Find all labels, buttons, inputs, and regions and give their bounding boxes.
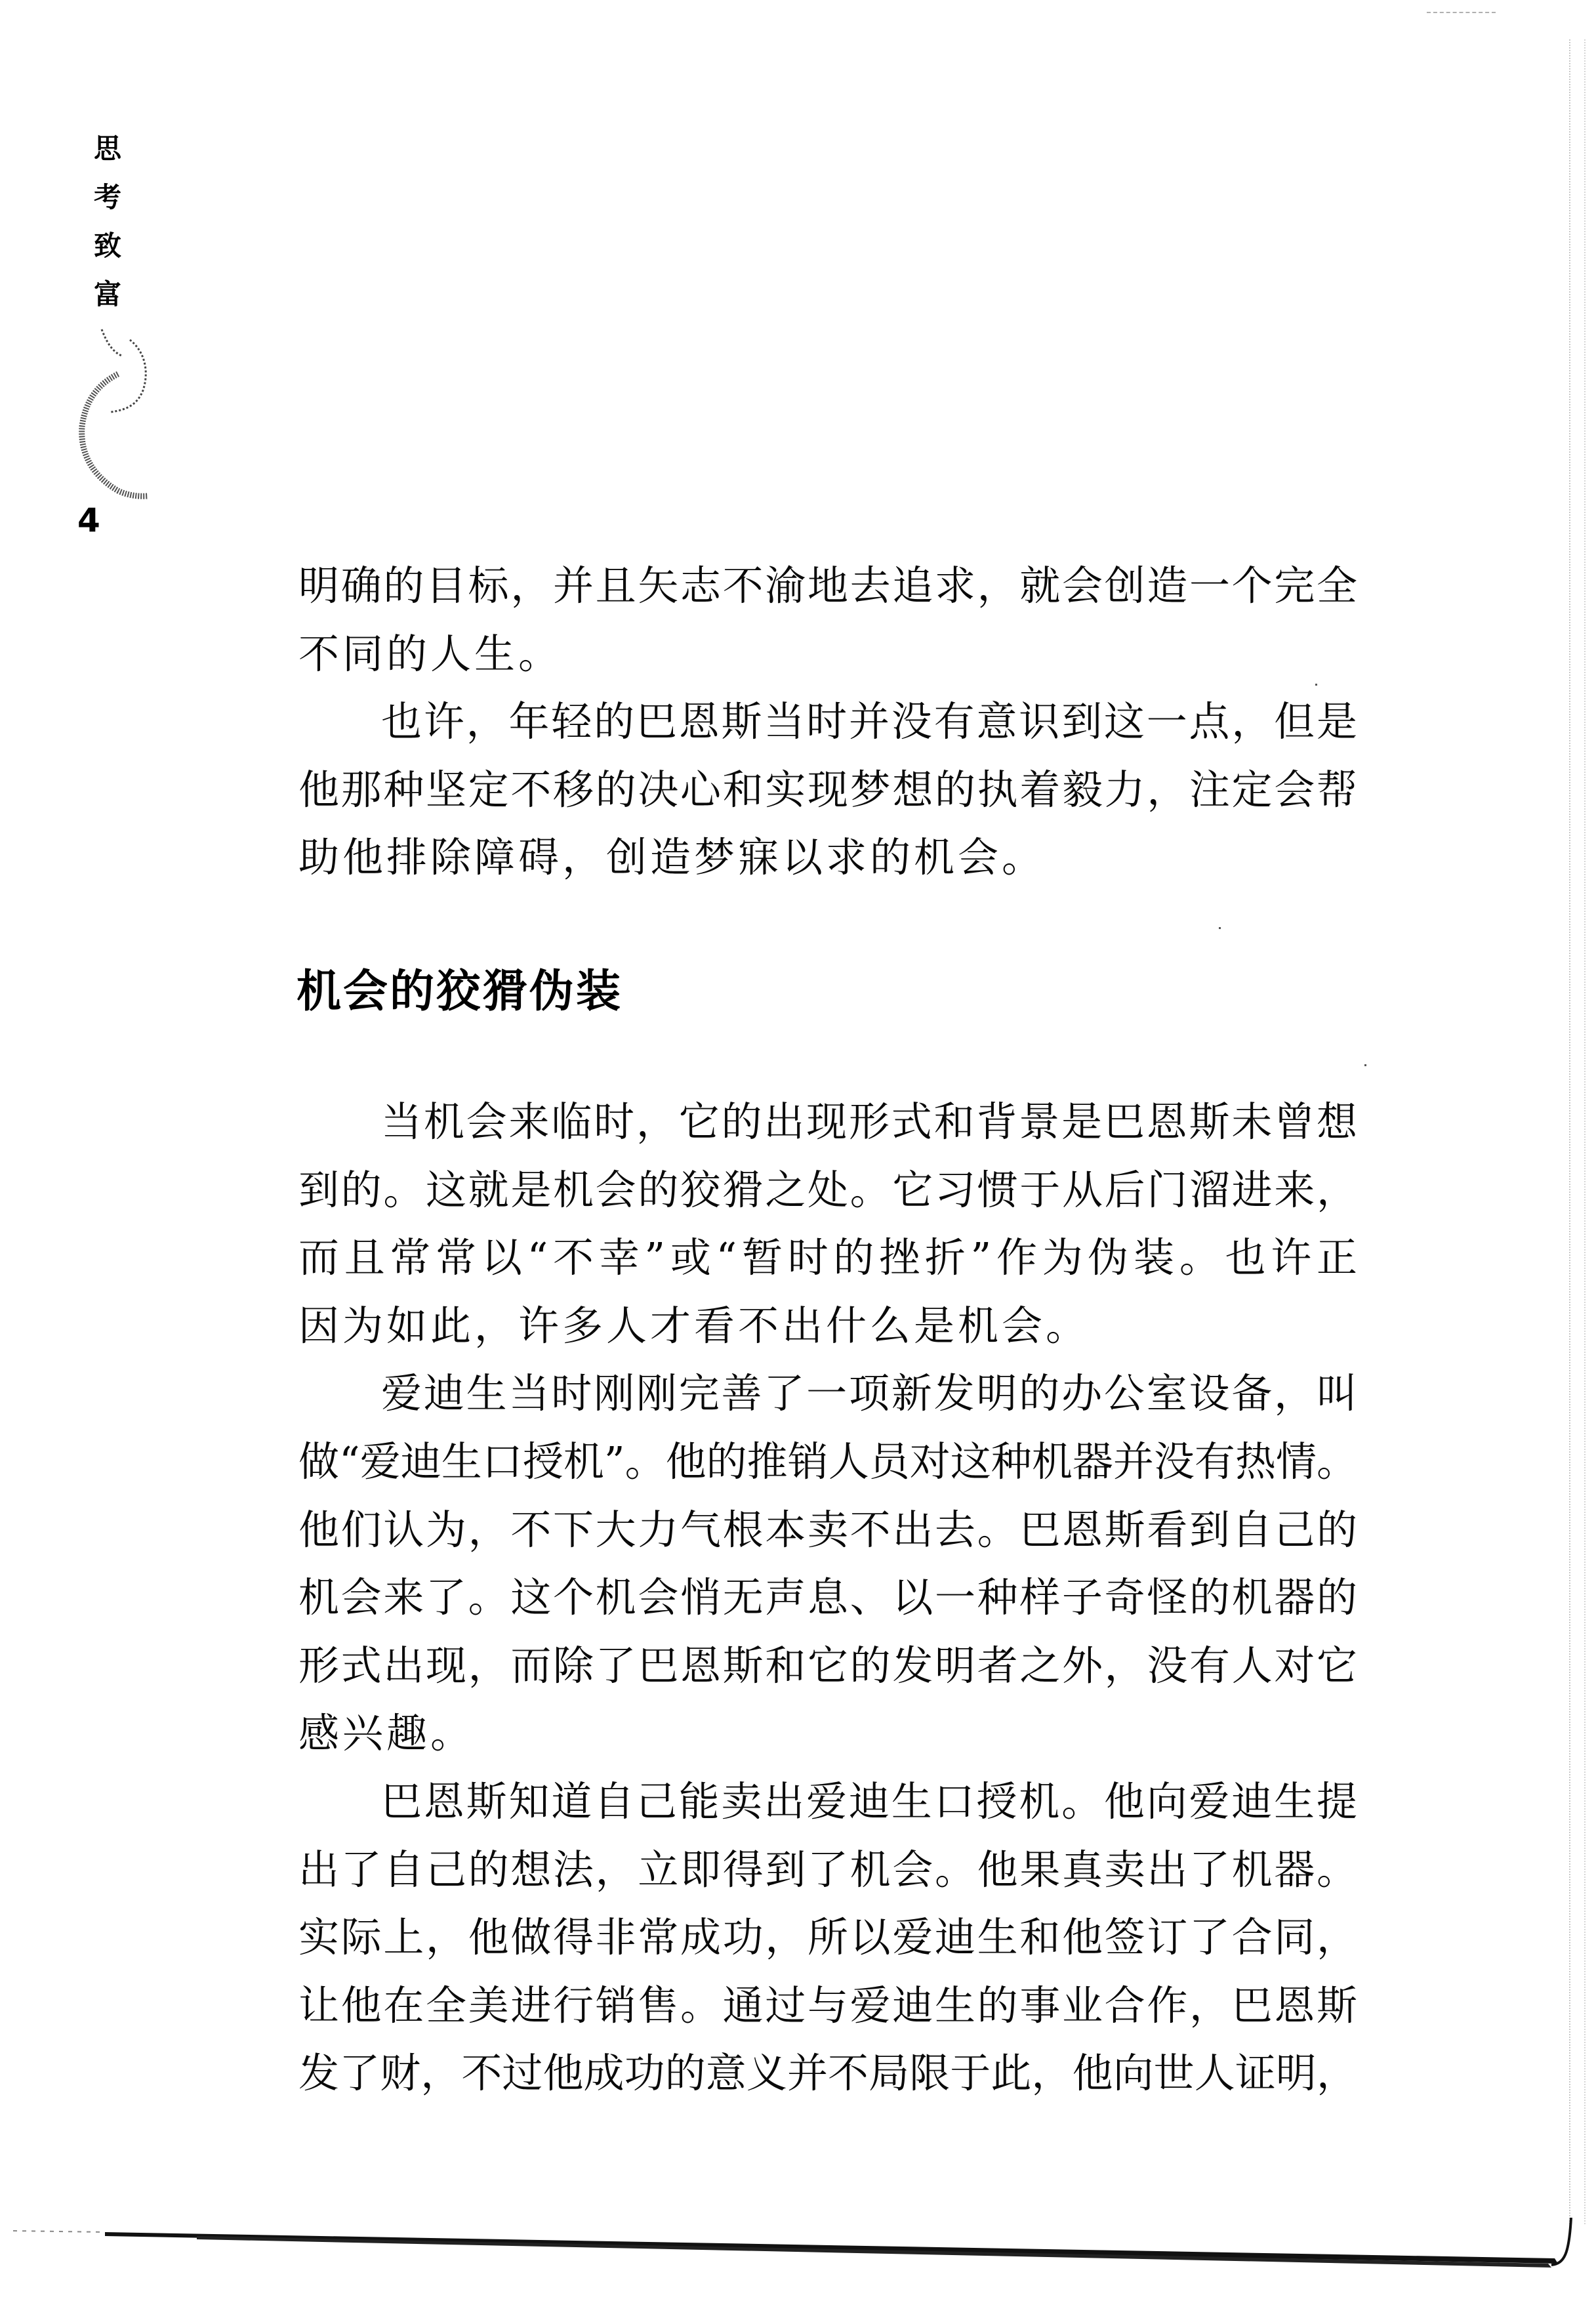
text-line: 感兴趣。 xyxy=(298,1699,1357,1768)
running-title-char: 富 xyxy=(94,270,121,319)
text-line: 到的。这就是机会的狡猾之处。它习惯于从后门溜进来， xyxy=(298,1156,1357,1224)
text-line: 爱迪生当时刚刚完善了一项新发明的办公室设备，叫 xyxy=(298,1359,1357,1428)
page-number: 4 xyxy=(77,504,100,537)
text-line: 机会来了。这个机会悄无声息、以一种样子奇怪的机器的 xyxy=(298,1564,1357,1632)
running-title-char: 考 xyxy=(94,173,121,222)
text-line: 实际上，他做得非常成功，所以爱迪生和他签订了合同， xyxy=(298,1903,1357,1972)
scan-artifact-right-edge xyxy=(1569,39,1572,2224)
text-line: 当机会来临时，它的出现形式和背景是巴恩斯未曾想 xyxy=(298,1088,1357,1156)
running-title: 思 考 致 富 xyxy=(91,125,125,319)
text-line: 形式出现，而除了巴恩斯和它的发明者之外，没有人对它 xyxy=(298,1632,1357,1700)
scan-speck xyxy=(1315,684,1317,686)
text-line: 不同的人生。 xyxy=(298,620,1357,688)
text-line: 巴恩斯知道自己能卖出爱迪生口授机。他向爱迪生提 xyxy=(298,1768,1357,1836)
text-line: 助他排除障碍，创造梦寐以求的机会。 xyxy=(298,823,1357,892)
text-line: 发了财，不过他成功的意义并不局限于此，他向世人证明， xyxy=(298,2039,1357,2107)
scan-speck xyxy=(1219,927,1221,929)
text-line: 出了自己的想法，立即得到了机会。他果真卖出了机器。 xyxy=(298,1836,1357,1904)
running-title-char: 思 xyxy=(94,125,121,173)
section-heading: 机会的狡猾伪装 xyxy=(297,959,623,1025)
text-line: 做“爱迪生口授机”。他的推销人员对这种机器并没有热情。 xyxy=(298,1428,1357,1496)
text-line: 明确的目标，并且矢志不渝地去追求，就会创造一个完全 xyxy=(298,552,1357,620)
paragraph-block-1: 明确的目标，并且矢志不渝地去追求，就会创造一个完全 不同的人生。 也许，年轻的巴… xyxy=(298,552,1357,892)
text-line: 也许，年轻的巴恩斯当时并没有意识到这一点，但是 xyxy=(298,688,1357,756)
scan-artifact-bottom-edge xyxy=(0,2218,1596,2290)
text-line: 他那种坚定不移的决心和实现梦想的执着毅力，注定会帮 xyxy=(298,756,1357,824)
scan-speck xyxy=(1364,1064,1366,1066)
swirl-ornament-icon xyxy=(66,321,164,505)
running-title-char: 致 xyxy=(94,222,121,270)
scanned-book-page: 思 考 致 富 4 明确的目标，并且矢志不渝地去追求，就会创造一个完全 不同的人… xyxy=(0,0,1596,2301)
scan-artifact-top-dash xyxy=(1427,12,1496,13)
text-line: 让他在全美进行销售。通过与爱迪生的事业合作，巴恩斯 xyxy=(298,1972,1357,2040)
text-line: 他们认为，不下大力气根本卖不出去。巴恩斯看到自己的 xyxy=(298,1496,1357,1564)
text-line: 而且常常以“不幸”或“暂时的挫折”作为伪装。也许正 xyxy=(298,1224,1357,1292)
scan-artifact-right-edge-outer xyxy=(1584,39,1587,2224)
text-line: 因为如此，许多人才看不出什么是机会。 xyxy=(298,1292,1357,1360)
paragraph-block-2: 当机会来临时，它的出现形式和背景是巴恩斯未曾想 到的。这就是机会的狡猾之处。它习… xyxy=(298,1088,1357,2107)
